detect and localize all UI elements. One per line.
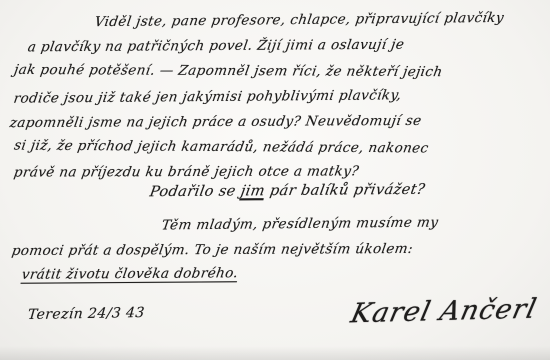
body-line-7: právě na příjezdu ku bráně jejich otce a… bbox=[13, 163, 360, 180]
body-line-1: Viděl jste, pane profesore, chlapce, při… bbox=[93, 10, 505, 30]
body-line-5: zapomněli jsme na jejich práce a osudy? … bbox=[9, 113, 423, 131]
question-prefix: Podařilo se bbox=[148, 183, 242, 200]
paragraph2-line-2: pomoci přát a dospělým. To je naším nejv… bbox=[11, 241, 415, 259]
question-line: Podařilo se jim pár balíků přivážet? bbox=[148, 182, 426, 200]
question-suffix: pár balíků přivážet? bbox=[264, 182, 427, 199]
body-line-2: a plavčíky na patřičných povel. Žijí jim… bbox=[27, 37, 406, 56]
closing-underlined-line: vrátit životu člověka dobrého. bbox=[21, 265, 240, 283]
paragraph2-line-1: Těm mladým, přesídleným musíme my bbox=[161, 215, 440, 234]
body-line-4: rodiče jsou již také jen jakýmisi pohybl… bbox=[13, 87, 403, 106]
body-line-3: jak pouhé potěšení. — Zapomněl jsem říci… bbox=[13, 62, 444, 80]
signature: Karel Ančerl bbox=[348, 294, 540, 330]
dateline: Terezín 24/3 43 bbox=[27, 305, 145, 323]
body-line-6: si již, že příchod jejich kamarádů, nežá… bbox=[13, 138, 430, 157]
letter-scan-page: Viděl jste, pane profesore, chlapce, při… bbox=[0, 0, 550, 360]
question-underlined-word: jim bbox=[239, 183, 266, 199]
